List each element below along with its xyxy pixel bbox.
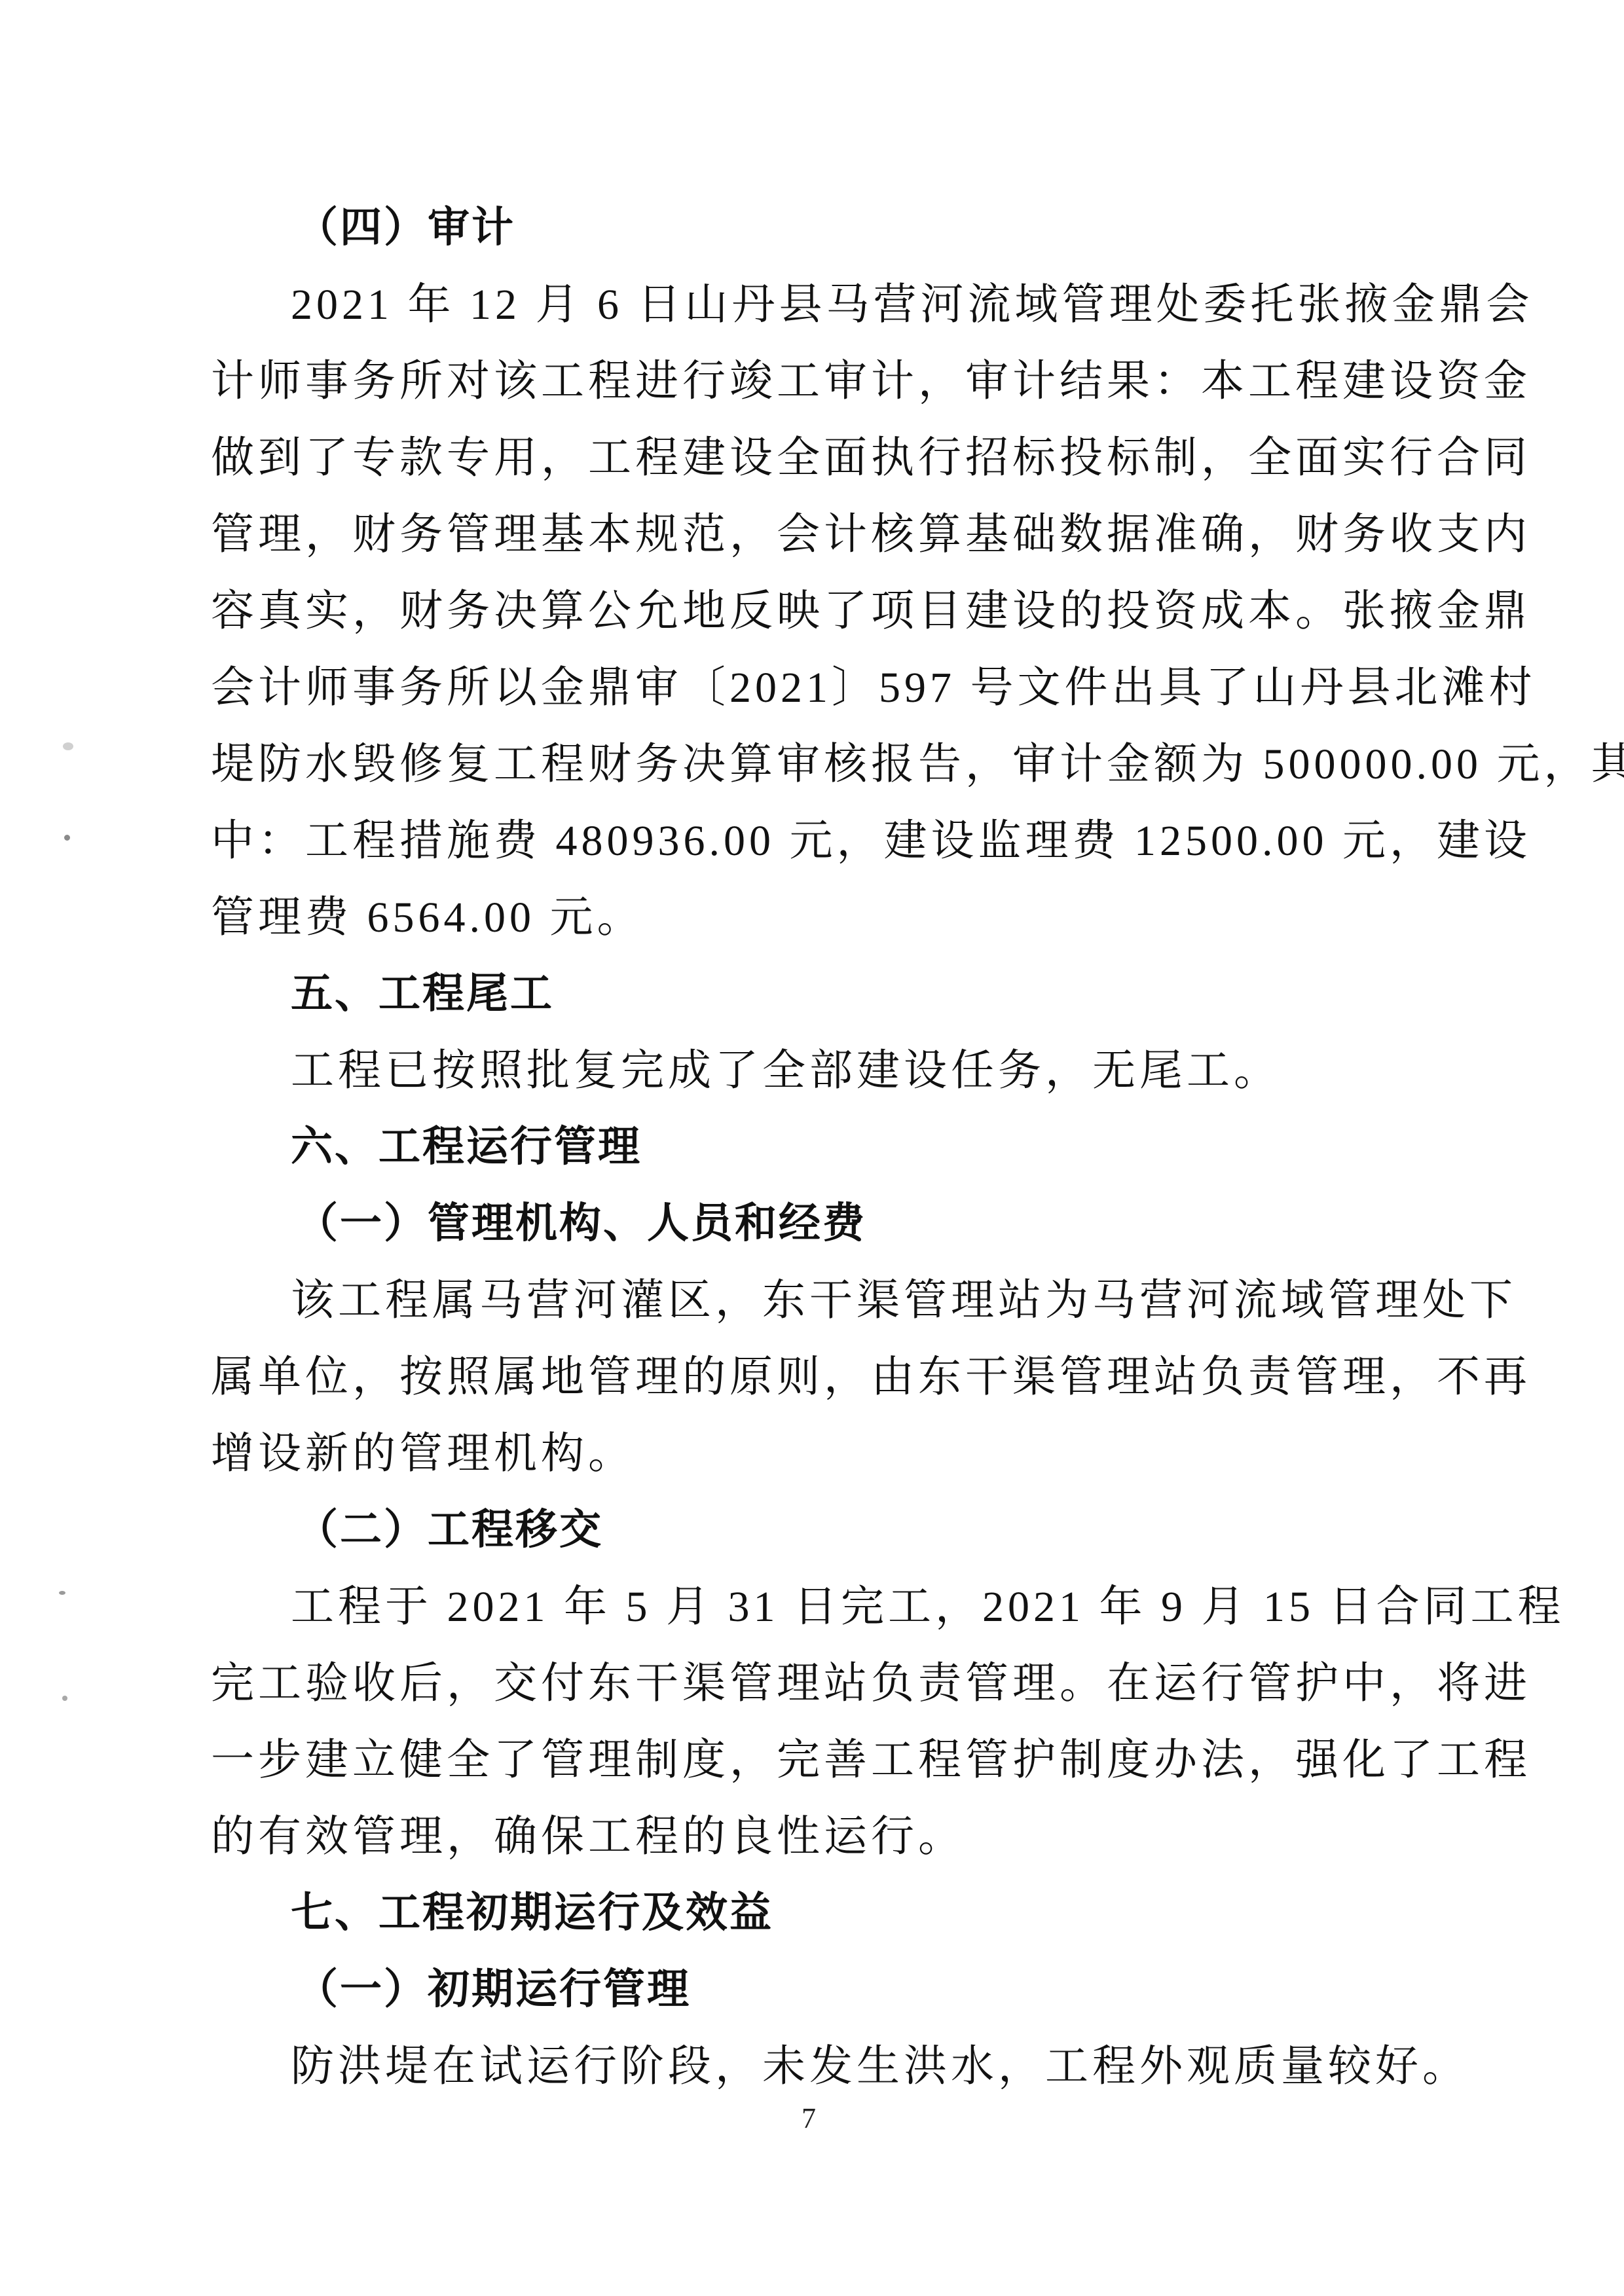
subheading-initial-operation-management: （一）初期运行管理 <box>211 1952 1412 2028</box>
heading-tail-work: 五、工程尾工 <box>211 956 1412 1032</box>
subheading-audit: （四）审计 <box>211 190 1412 266</box>
text-line: 工程已按照批复完成了全部建设任务，无尾工。 <box>211 1032 1412 1109</box>
text-line: 2021 年 12 月 6 日山丹县马营河流域管理处委托张掖金鼎会 <box>211 266 1412 343</box>
text-line: 计师事务所对该工程进行竣工审计，审计结果：本工程建设资金 <box>211 343 1412 420</box>
paragraph-management-organization: 该工程属马营河灌区，东干渠管理站为马营河流域管理处下 属单位，按照属地管理的原则… <box>211 1262 1412 1492</box>
scan-speck <box>64 835 70 841</box>
text-line: 会计师事务所以金鼎审〔2021〕597 号文件出具了山丹县北滩村 <box>211 649 1412 726</box>
text-line: 该工程属马营河灌区，东干渠管理站为马营河流域管理处下 <box>211 1262 1412 1339</box>
text-line: 防洪堤在试运行阶段，未发生洪水，工程外观质量较好。 <box>211 2028 1412 2105</box>
scan-speck <box>63 742 73 750</box>
paragraph-tail-work: 工程已按照批复完成了全部建设任务，无尾工。 <box>211 1032 1412 1109</box>
text-line: 堤防水毁修复工程财务决算审核报告，审计金额为 500000.00 元，其 <box>211 726 1412 803</box>
text-line: 工程于 2021 年 5 月 31 日完工，2021 年 9 月 15 日合同工… <box>211 1569 1412 1645</box>
paragraph-project-handover: 工程于 2021 年 5 月 31 日完工，2021 年 9 月 15 日合同工… <box>211 1569 1412 1875</box>
text-line: 管理，财务管理基本规范，会计核算基础数据准确，财务收支内 <box>211 496 1412 573</box>
text-line: 属单位，按照属地管理的原则，由东干渠管理站负责管理，不再 <box>211 1339 1412 1415</box>
text-line: 的有效管理，确保工程的良性运行。 <box>211 1798 1412 1875</box>
text-line: 完工验收后，交付东干渠管理站负责管理。在运行管护中，将进 <box>211 1645 1412 1722</box>
subheading-management-organization: （一）管理机构、人员和经费 <box>211 1186 1412 1262</box>
text-line: 中：工程措施费 480936.00 元，建设监理费 12500.00 元，建设 <box>211 803 1412 879</box>
paragraph-audit: 2021 年 12 月 6 日山丹县马营河流域管理处委托张掖金鼎会 计师事务所对… <box>211 266 1412 956</box>
text-line: 容真实，财务决算公允地反映了项目建设的投资成本。张掖金鼎 <box>211 573 1412 649</box>
text-line: 做到了专款专用，工程建设全面执行招标投标制，全面实行合同 <box>211 420 1412 496</box>
subheading-project-handover: （二）工程移交 <box>211 1492 1412 1569</box>
scan-speck <box>59 1591 65 1595</box>
heading-initial-operation-benefits: 七、工程初期运行及效益 <box>211 1875 1412 1952</box>
document-page: （四）审计 2021 年 12 月 6 日山丹县马营河流域管理处委托张掖金鼎会 … <box>0 0 1624 2296</box>
text-line: 增设新的管理机构。 <box>211 1415 1412 1492</box>
document-body: （四）审计 2021 年 12 月 6 日山丹县马营河流域管理处委托张掖金鼎会 … <box>211 190 1412 2105</box>
paragraph-initial-operation: 防洪堤在试运行阶段，未发生洪水，工程外观质量较好。 <box>211 2028 1412 2105</box>
text-line: 一步建立健全了管理制度，完善工程管护制度办法，强化了工程 <box>211 1722 1412 1798</box>
heading-operation-management: 六、工程运行管理 <box>211 1109 1412 1186</box>
text-line: 管理费 6564.00 元。 <box>211 879 1412 956</box>
page-number: 7 <box>802 2102 816 2135</box>
scan-speck <box>62 1696 67 1701</box>
